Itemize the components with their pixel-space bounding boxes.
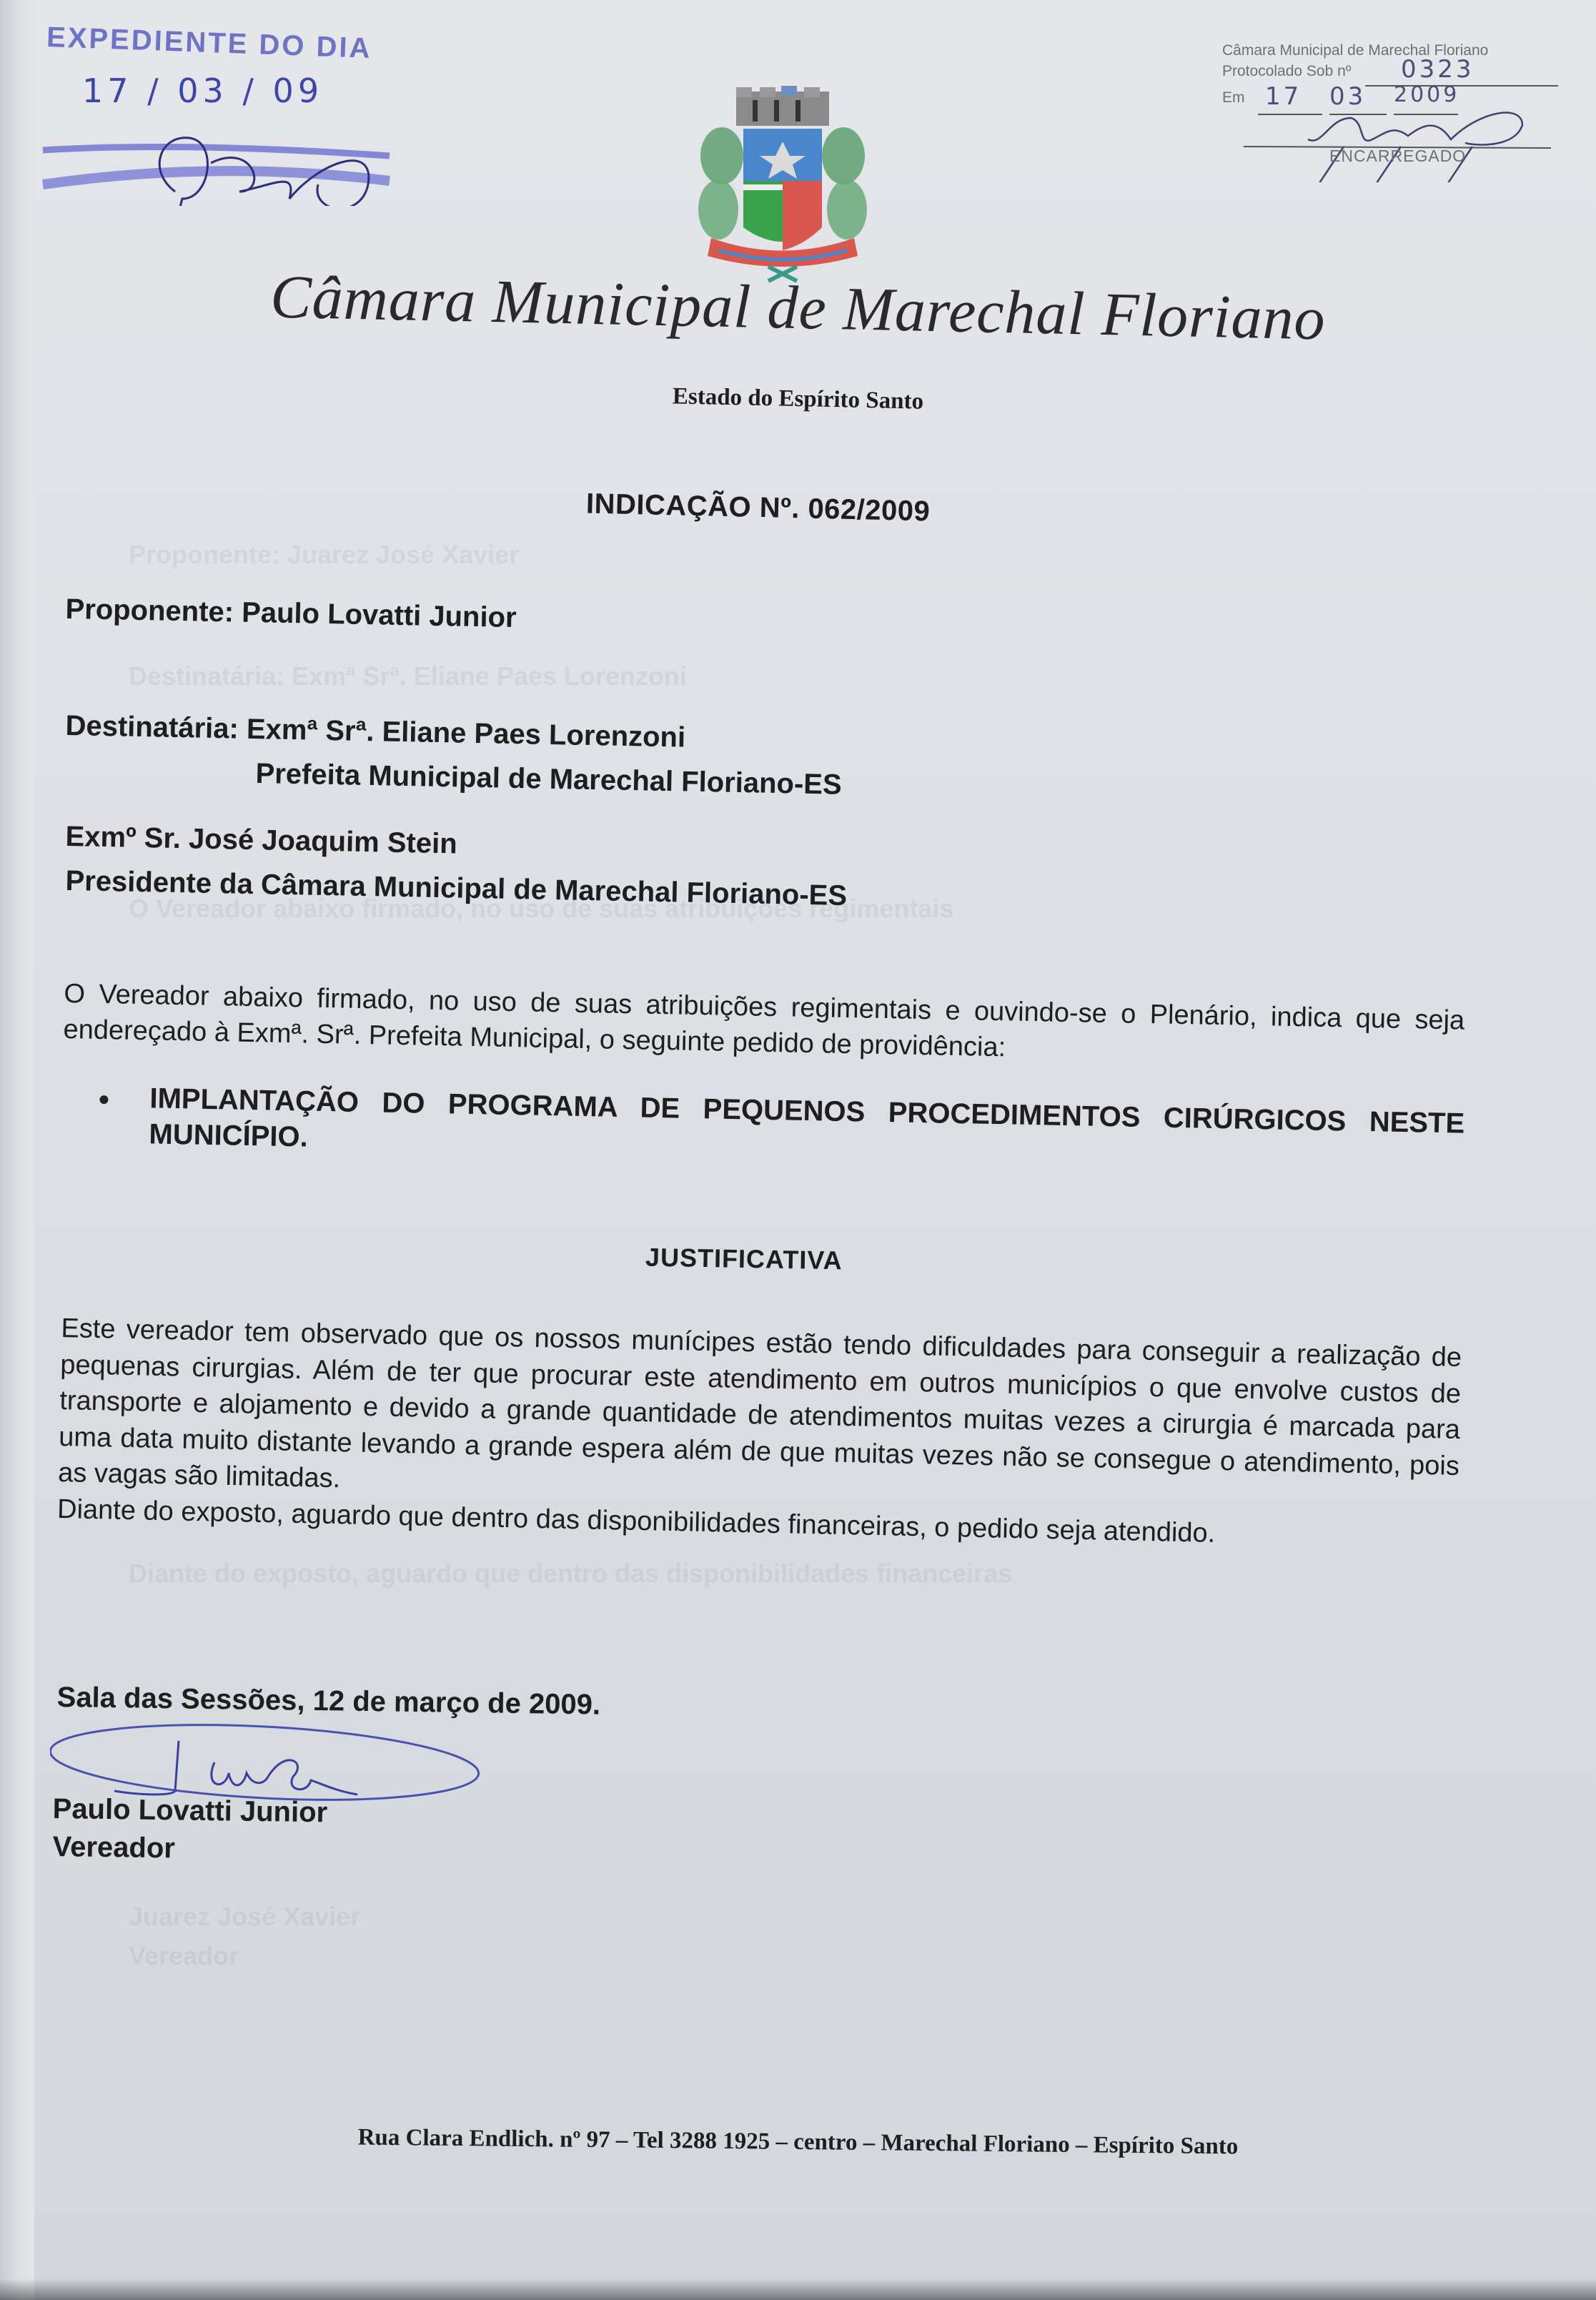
recipient-name: Destinatária: Exmª Srª. Eliane Paes Lore… [65,710,685,754]
protocol-stamp: Câmara Municipal de Marechal Floriano Pr… [1222,39,1580,182]
page-left-edge [0,0,34,2300]
page-bottom-shadow [0,2279,1596,2300]
intro-paragraph: O Vereador abaixo firmado, no uso de sua… [63,976,1465,1075]
justification-text: Este vereador tem observado que os nosso… [58,1311,1462,1520]
bleed-through-text: Destinatária: Exmª Srª. Eliane Paes Lore… [129,661,687,691]
document-title: INDICAÇÃO Nº. 062/2009 [586,488,931,528]
request-list: IMPLANTAÇÃO DO PROGRAMA DE PEQUENOS PROC… [100,1080,1465,1106]
bleed-through-text: Juarez José Xavier [129,1902,360,1932]
stamp-date: 17 / 03 / 09 [82,71,323,110]
proponente: Proponente: Paulo Lovatti Junior [65,593,517,634]
bleed-through-text: Proponente: Juarez José Xavier [129,540,519,570]
bullet-icon [99,1095,108,1104]
coat-of-arms-logo [697,84,868,285]
signer-name: Paulo Lovatti Junior [52,1793,327,1829]
request-item: IMPLANTAÇÃO DO PROGRAMA DE PEQUENOS PROC… [149,1080,1465,1177]
intro-text: O Vereador abaixo firmado, no uso de sua… [63,976,1465,1075]
place-and-date: Sala das Sessões, 12 de março de 2009. [56,1682,600,1722]
signer-role: Vereador [52,1831,175,1865]
bleed-through-text: Vereador [129,1941,239,1971]
justification-heading: JUSTIFICATIVA [645,1243,843,1276]
state-name: Estado do Espírito Santo [0,370,1596,430]
expediente-stamp: EXPEDIENTE DO DIA 17 / 03 / 09 [39,20,411,206]
recipient-title: Prefeita Municipal de Marechal Floriano-… [255,758,842,801]
president-name: Exmº Sr. José Joaquim Stein [65,821,457,861]
footer-address: Rua Clara Endlich. nº 97 – Tel 3288 1925… [0,2121,1596,2163]
coat-of-arms-icon [697,84,868,285]
bleed-through-text: Diante do exposto, aguardo que dentro da… [129,1559,1012,1589]
protocol-signature-label: ENCARREGADO [1329,147,1466,166]
justification-paragraph: Este vereador tem observado que os nosso… [57,1311,1462,1556]
